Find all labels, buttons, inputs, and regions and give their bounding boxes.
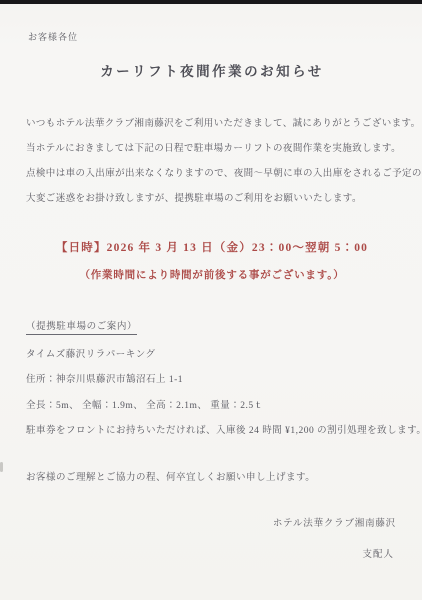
parking-name-line: タイムズ藤沢リラパーキング: [26, 351, 398, 361]
recipient-line: お客様各位: [28, 30, 398, 43]
body-line-impact: 点検中は車の入出庫が出来なくなりますので、夜間～早朝に車の入出庫をされるご予定の…: [26, 170, 398, 180]
time-caveat-line: （作業時間により時間が前後する事がございます。）: [26, 271, 398, 282]
work-datetime-line: 【日時】2026 年 3 月 13 日（金）23：00～翌朝 5：00: [26, 243, 398, 255]
document-content: お客様各位 カーリフト夜間作業のお知らせ いつもホテル法華クラブ湘南藤沢をご利用…: [0, 0, 422, 483]
vehicle-limits-line: 全長：5m、 全幅：1.9m、 全高：2.1m、 重量：2.5ｔ: [26, 402, 398, 412]
body-line-announcement: 当ホテルにおきましては下記の日程で駐車場カーリフトの夜間作業を実施致します。: [26, 145, 398, 155]
signature-role: 支配人: [273, 551, 394, 561]
body-line-apology: 大変ご迷惑をお掛け致しますが、提携駐車場のご利用をお願いいたします。: [26, 195, 398, 205]
partner-parking-section: （提携駐車場のご案内） タイムズ藤沢リラパーキング 住所：神奈川県藤沢市鵠沼石上…: [26, 316, 398, 437]
parking-address-line: 住所：神奈川県藤沢市鵠沼石上 1-1: [26, 376, 398, 386]
body-paragraphs: いつもホテル法華クラブ湘南藤沢をご利用いただきまして、誠にありがとうございます。…: [26, 120, 398, 205]
signature-block: ホテル法華クラブ湘南藤沢 支配人: [273, 520, 396, 560]
signature-organization: ホテル法華クラブ湘南藤沢: [273, 520, 396, 530]
document-title: カーリフト夜間作業のお知らせ: [26, 60, 398, 80]
discount-info-line: 駐車券をフロントにお持ちいただければ、入庫後 24 時間 ¥1,200 の割引処…: [26, 427, 398, 437]
scanned-notice-document: お客様各位 カーリフト夜間作業のお知らせ いつもホテル法華クラブ湘南藤沢をご利用…: [0, 0, 422, 600]
highlighted-notice: 【日時】2026 年 3 月 13 日（金）23：00～翌朝 5：00 （作業時…: [26, 243, 398, 282]
parking-section-heading: （提携駐車場のご案内）: [26, 323, 137, 335]
closing-line: お客様のご理解とご協力の程、何卒宜しくお願い申し上げます。: [26, 474, 398, 484]
body-line-greeting: いつもホテル法華クラブ湘南藤沢をご利用いただきまして、誠にありがとうございます。: [26, 120, 398, 130]
